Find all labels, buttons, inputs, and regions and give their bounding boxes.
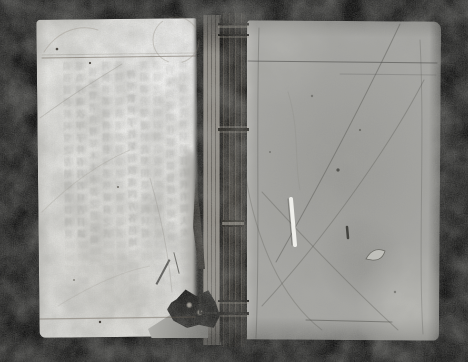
binding-stitch-top <box>218 23 249 40</box>
ghost-text-column: 傳至數世子姓繁衍散處四方各邑地 <box>127 70 139 300</box>
right-page <box>245 20 441 340</box>
left-page: 維我族之先世居於江右代有聞人矣 自宋而元明仕宦相繼簪纓不絕於世 譜牒之修所以敬宗… <box>36 18 199 338</box>
ghost-text-column: 凡例世系圖傳贊藝文悉依歐蘇之式 <box>102 61 115 301</box>
binding-stitch-lower-middle <box>222 220 244 229</box>
spine-binding-strip <box>220 13 247 347</box>
binding-stitch-upper-middle <box>218 126 249 134</box>
photo-background: 維我族之先世居於江右代有聞人矣 自宋而元明仕宦相繼簪纓不絕於世 譜牒之修所以敬宗… <box>0 0 468 362</box>
ghost-text-columns: 維我族之先世居於江右代有聞人矣 自宋而元明仕宦相繼簪纓不絕於世 譜牒之修所以敬宗… <box>63 60 192 311</box>
binding-stitch-bottom <box>218 300 249 318</box>
ghost-text-column: 是為序歲次甲子仲春月穀旦吉日識 <box>76 61 88 286</box>
damage-crease-line <box>199 294 217 314</box>
ghost-text-column: 乾隆年間族老倡修宗譜以聯族誼云 <box>114 61 126 274</box>
ghost-text-column: 裔孫謹撰於祠堂之左塾敬書以傳世 <box>63 61 75 269</box>
ghost-text-column: 先祖諱公肇遷於此墾田築室而居焉 <box>140 61 152 261</box>
ghost-text-column: 後之覽者庶幾知木本水源之思云爾 <box>89 67 101 262</box>
